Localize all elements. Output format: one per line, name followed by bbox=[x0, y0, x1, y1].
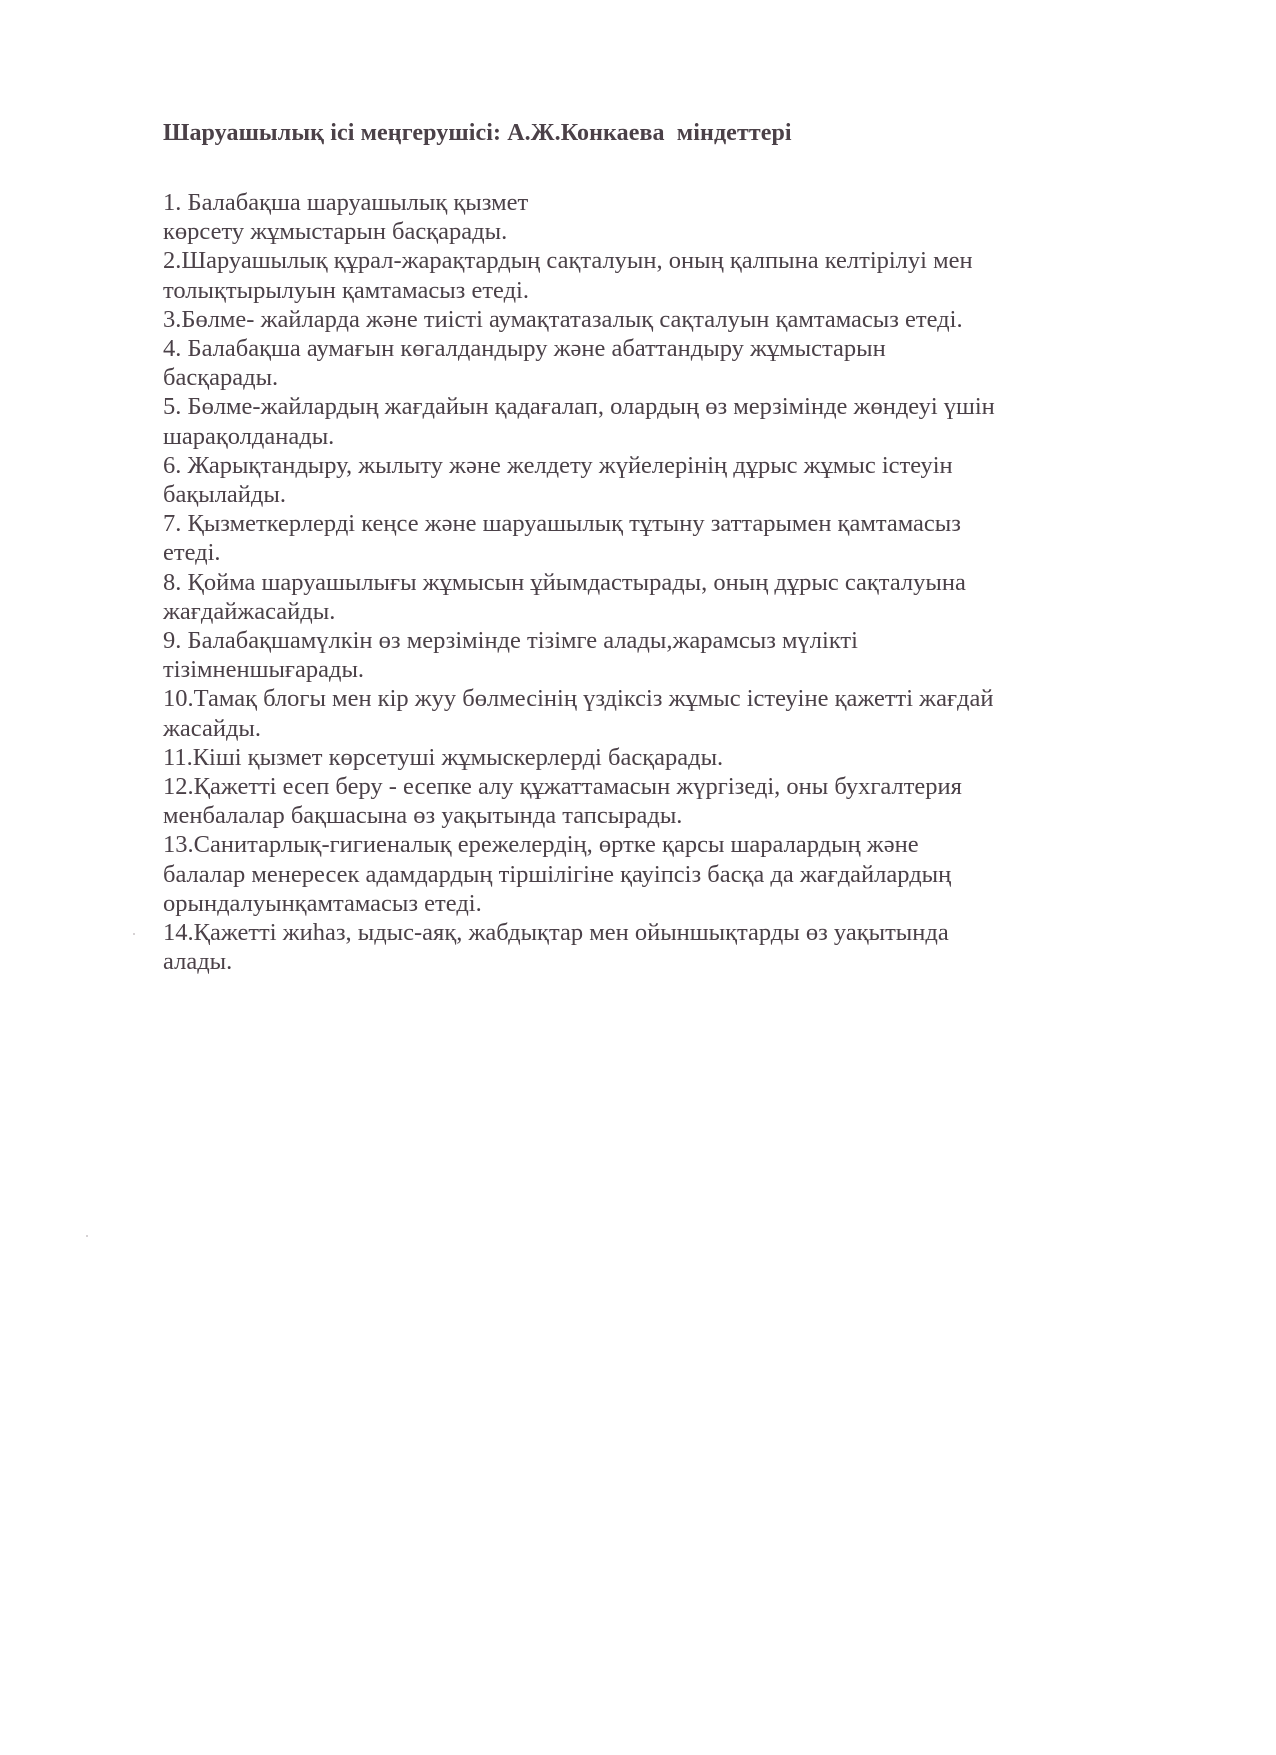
duty-line: 10.Тамақ блогы мен кір жуу бөлмесінің үз… bbox=[163, 684, 1173, 713]
duty-line: 12.Қажетті есеп беру - есепке алу құжатт… bbox=[163, 772, 1173, 801]
duty-line: 1. Балабақша шаруашылық қызмет bbox=[163, 188, 1173, 217]
document-page: Шаруашылық ісі меңгерушісі: А.Ж.Конкаева… bbox=[163, 118, 1173, 976]
duty-line: 13.Санитарлық-гигиеналық ережелердің, өр… bbox=[163, 830, 1173, 859]
duty-line: менбалалар бақшасына өз уақытында тапсыр… bbox=[163, 801, 1173, 830]
duty-line: шарақолданады. bbox=[163, 422, 1173, 451]
duty-item: 8. Қойма шаруашылығы жұмысын ұйымдастыра… bbox=[163, 568, 1173, 626]
document-title: Шаруашылық ісі меңгерушісі: А.Ж.Конкаева… bbox=[163, 118, 1173, 148]
duty-line: 14.Қажетті жиһаз, ыдыс-аяқ, жабдықтар ме… bbox=[163, 918, 1173, 947]
duty-line: көрсету жұмыстарын басқарады. bbox=[163, 217, 1173, 246]
duty-line: бақылайды. bbox=[163, 480, 1173, 509]
duty-item: 6. Жарықтандыру, жылыту және желдету жүй… bbox=[163, 451, 1173, 509]
scan-speck bbox=[133, 933, 135, 935]
duty-item: 1. Балабақша шаруашылық қызметкөрсету жұ… bbox=[163, 188, 1173, 246]
duties-list: 1. Балабақша шаруашылық қызметкөрсету жұ… bbox=[163, 188, 1173, 976]
duty-line: жасайды. bbox=[163, 714, 1173, 743]
duty-line: 9. Балабақшамүлкін өз мерзімінде тізімге… bbox=[163, 626, 1173, 655]
duty-line: орындалуынқамтамасыз етеді. bbox=[163, 889, 1173, 918]
duty-item: 14.Қажетті жиһаз, ыдыс-аяқ, жабдықтар ме… bbox=[163, 918, 1173, 976]
duty-item: 4. Балабақша аумағын көгалдандыру және а… bbox=[163, 334, 1173, 392]
duty-line: 5. Бөлме-жайлардың жағдайын қадағалап, о… bbox=[163, 392, 1173, 421]
duty-item: 2.Шаруашылық құрал-жарақтардың сақталуын… bbox=[163, 246, 1173, 304]
duty-item: 3.Бөлме- жайларда және тиісті аумақтатаз… bbox=[163, 305, 1173, 334]
duty-line: балалар менересек адамдардың тіршілігіне… bbox=[163, 860, 1173, 889]
duty-line: тізімненшығарады. bbox=[163, 655, 1173, 684]
duty-line: алады. bbox=[163, 947, 1173, 976]
duty-item: 12.Қажетті есеп беру - есепке алу құжатт… bbox=[163, 772, 1173, 830]
duty-line: етеді. bbox=[163, 538, 1173, 567]
duty-item: 9. Балабақшамүлкін өз мерзімінде тізімге… bbox=[163, 626, 1173, 684]
duty-line: 11.Кіші қызмет көрсетуші жұмыскерлерді б… bbox=[163, 743, 1173, 772]
duty-item: 13.Санитарлық-гигиеналық ережелердің, өр… bbox=[163, 830, 1173, 918]
duty-item: 10.Тамақ блогы мен кір жуу бөлмесінің үз… bbox=[163, 684, 1173, 742]
duty-item: 5. Бөлме-жайлардың жағдайын қадағалап, о… bbox=[163, 392, 1173, 450]
duty-line: 2.Шаруашылық құрал-жарақтардың сақталуын… bbox=[163, 246, 1173, 275]
duty-line: жағдайжасайды. bbox=[163, 597, 1173, 626]
duty-line: 7. Қызметкерлерді кеңсе және шаруашылық … bbox=[163, 509, 1173, 538]
duty-line: 4. Балабақша аумағын көгалдандыру және а… bbox=[163, 334, 1173, 363]
scan-speck bbox=[86, 1235, 88, 1237]
duty-line: толықтырылуын қамтамасыз етеді. bbox=[163, 276, 1173, 305]
duty-line: 3.Бөлме- жайларда және тиісті аумақтатаз… bbox=[163, 305, 1173, 334]
duty-line: 6. Жарықтандыру, жылыту және желдету жүй… bbox=[163, 451, 1173, 480]
duty-line: басқарады. bbox=[163, 363, 1173, 392]
duty-line: 8. Қойма шаруашылығы жұмысын ұйымдастыра… bbox=[163, 568, 1173, 597]
duty-item: 7. Қызметкерлерді кеңсе және шаруашылық … bbox=[163, 509, 1173, 567]
duty-item: 11.Кіші қызмет көрсетуші жұмыскерлерді б… bbox=[163, 743, 1173, 772]
